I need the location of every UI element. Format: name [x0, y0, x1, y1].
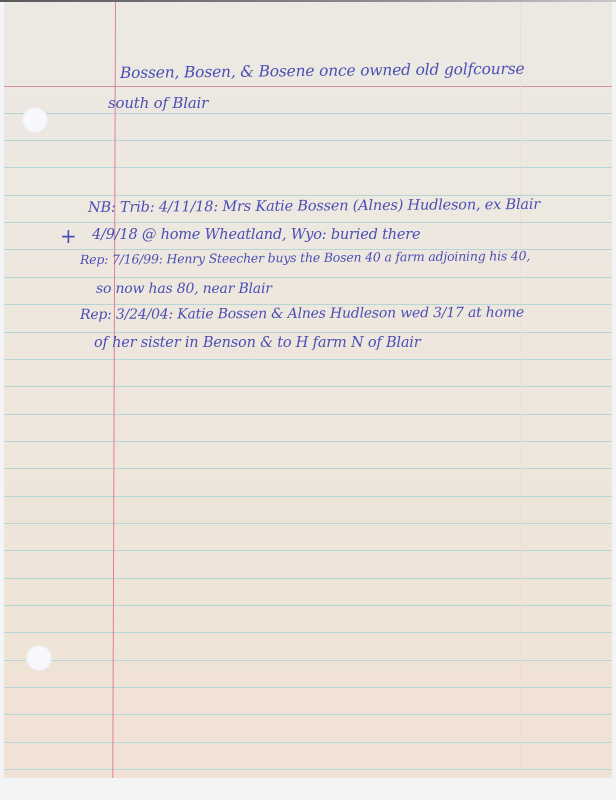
punch-hole-bottom [26, 645, 52, 671]
note-line-7: Rep: 3/24/04: Katie Bossen & Alnes Hudle… [80, 305, 524, 323]
note-line-3: NB: Trib: 4/11/18: Mrs Katie Bossen (Aln… [88, 197, 540, 216]
note-line-6: so now has 80, near Blair [96, 281, 272, 297]
note-line-2: south of Blair [108, 94, 208, 112]
note-line-5: Rep: 7/16/99: Henry Steecher buys the Bo… [80, 248, 530, 267]
plus-mark: + [60, 224, 77, 248]
note-line-1: Bossen, Bosen, & Bosene once owned old g… [120, 60, 525, 82]
punch-hole-top [22, 107, 48, 133]
faint-vertical-line [520, 2, 521, 778]
notebook-paper: Bossen, Bosen, & Bosene once owned old g… [4, 2, 612, 778]
note-line-4: 4/9/18 @ home Wheatland, Wyo: buried the… [92, 227, 420, 243]
margin-line [112, 2, 116, 778]
note-line-8: of her sister in Benson & to H farm N of… [94, 335, 420, 351]
